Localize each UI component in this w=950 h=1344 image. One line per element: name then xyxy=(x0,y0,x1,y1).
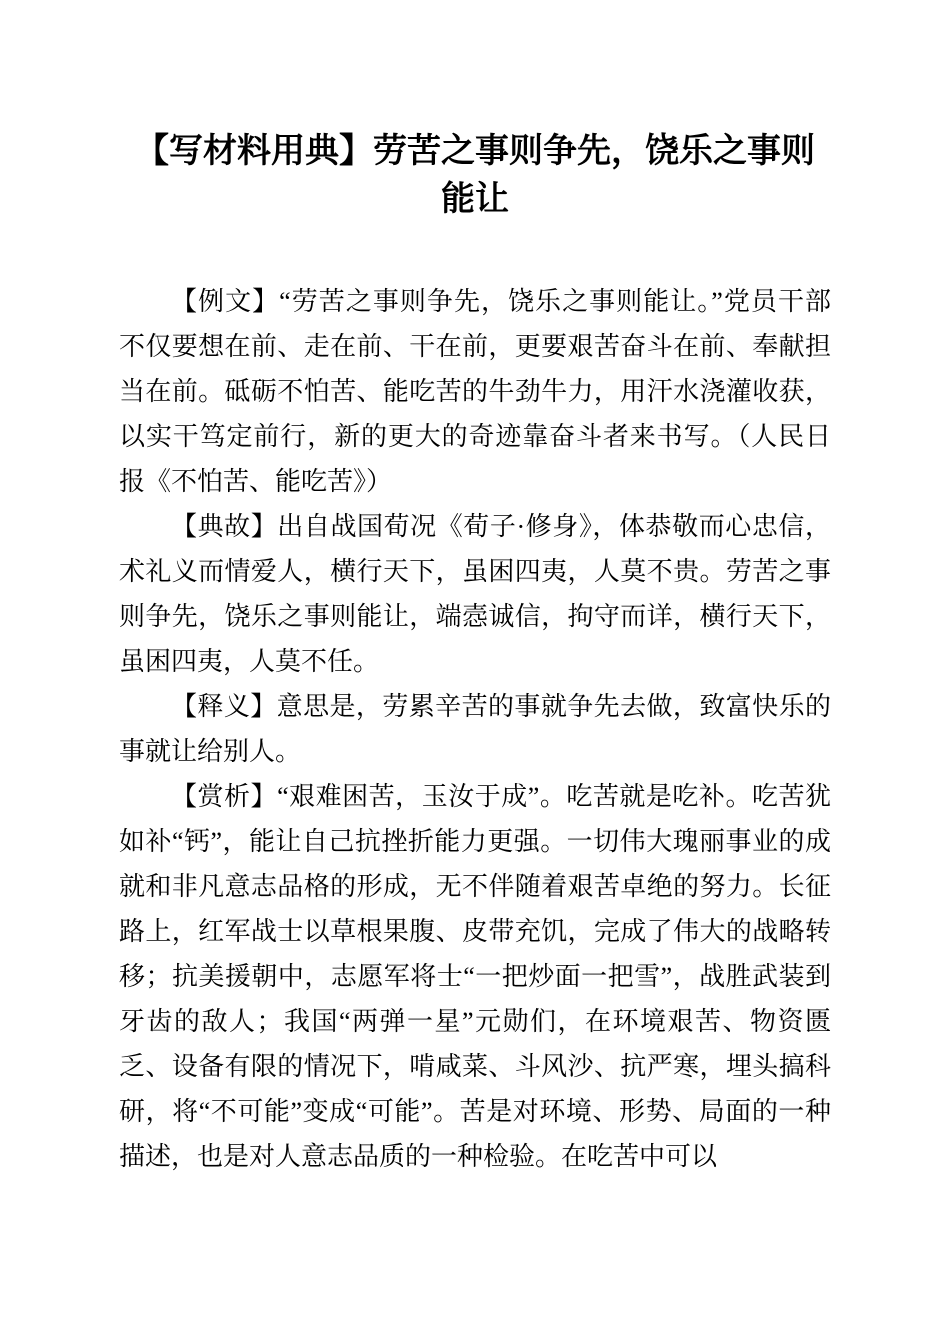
paragraph-diangu: 【典故】出自战国荀况《荀子·修身》，体恭敬而心忠信，术礼义而情爱人，横行天下，虽… xyxy=(119,504,831,684)
paragraph-shiyi: 【释义】意思是，劳累辛苦的事就争先去做，致富快乐的事就让给别人。 xyxy=(119,684,831,774)
paragraph-shangxi: 【赏析】“艰难困苦，玉汝于成”。吃苦就是吃补。吃苦犹如补“钙”，能让自己抗挫折能… xyxy=(119,774,831,1179)
paragraph-liwen: 【例文】“劳苦之事则争先，饶乐之事则能让。”党员干部不仅要想在前、走在前、干在前… xyxy=(119,279,831,504)
document-page: 【写材料用典】劳苦之事则争先，饶乐之事则能让 【例文】“劳苦之事则争先，饶乐之事… xyxy=(0,0,950,1344)
document-title: 【写材料用典】劳苦之事则争先，饶乐之事则能让 xyxy=(119,128,831,223)
document-body: 【例文】“劳苦之事则争先，饶乐之事则能让。”党员干部不仅要想在前、走在前、干在前… xyxy=(119,279,831,1179)
